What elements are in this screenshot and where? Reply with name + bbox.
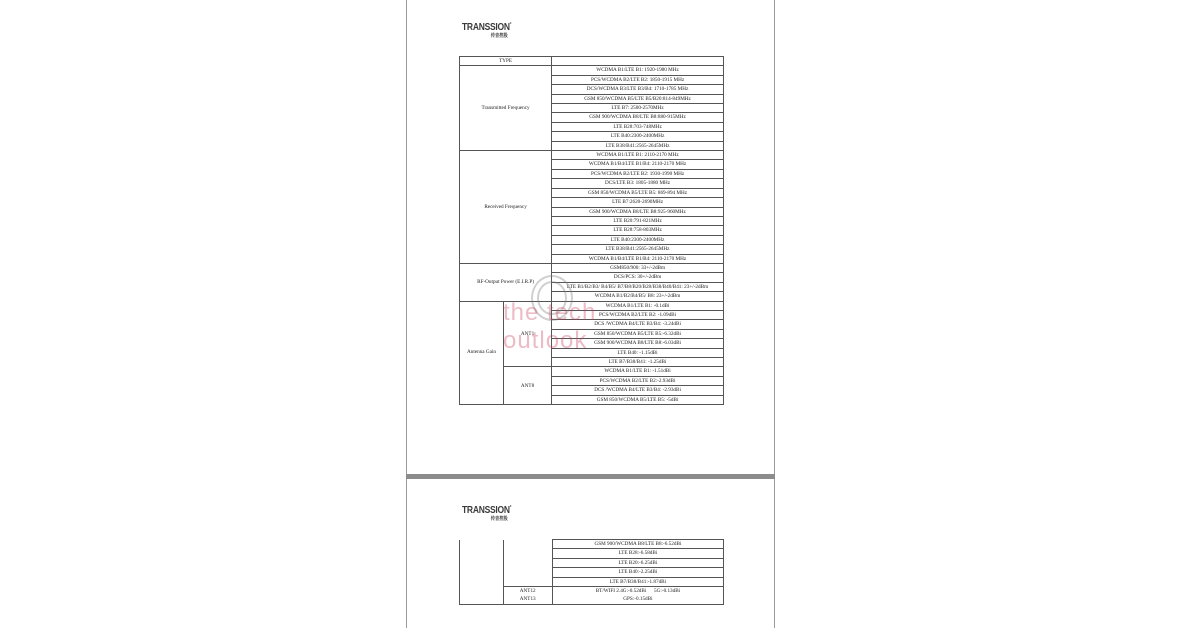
ant12-label: ANT12 (503, 587, 552, 596)
transmitted-frequency-value: GSM 900/WCDMA B8/LTE B8:880-915MHz (552, 113, 724, 122)
ant8-value: LTE B20:-6.25dBi (552, 558, 723, 567)
received-frequency-value: DCS/LTE B3: 1805-1880 MHz (552, 179, 724, 188)
ant1-value: LTE B40: -1.15dBi (552, 348, 724, 357)
ant8-value: LTE B40:-2.25dBi (552, 568, 723, 577)
table-row: Transmitted FrequencyWCDMA B1/LTE B1: 19… (460, 66, 724, 75)
transmitted-frequency-value: LTE B7: 2500-2570MHz (552, 104, 724, 113)
ant1-value: GSM 850/WCDMA B5/LTE B5:-6.32dBi (552, 329, 724, 338)
logo-subtitle: 传音控股 (462, 515, 511, 522)
ant1-value: PCS/WCDMA B2/LTE B2: -1.09dBi (552, 310, 724, 319)
ant8-value: LTE B28:-6.58dBi (552, 549, 723, 558)
received-frequency-value: WCDMA B1/LTE B1: 2110-2170 MHz (552, 151, 724, 160)
table-row: Received FrequencyWCDMA B1/LTE B1: 2110-… (460, 151, 724, 160)
transmitted-frequency-value: LTE B40:2300-2400MHz (552, 132, 724, 141)
received-frequency-value: GSM 850/WCDMA B5/LTE B5: 869-894 MHz (552, 188, 724, 197)
received-frequency-label: Received Frequency (460, 151, 552, 264)
received-frequency-value: LTE B7:2620-2690MHz (552, 198, 724, 207)
ant8-value: GSM 850/WCDMA B5/LTE B5: -5dBi (552, 395, 724, 404)
transmitted-frequency-label: Transmitted Frequency (460, 66, 552, 151)
transmitted-frequency-value: PCS/WCDMA B2/LTE B2: 1850-1915 MHz (552, 75, 724, 84)
antenna-gain-label: Antenna Gain (460, 301, 504, 404)
logo-subtitle: 传音控股 (462, 32, 511, 39)
rf-output-power-label: RF-Output Power (E.I.R.P) (460, 263, 552, 301)
ant12-value: BT/WIFI 2.4G:-0.52dBi 5G:-0.13dBi (552, 587, 723, 596)
transmitted-frequency-value: LTE B28:703-748MHz (552, 122, 724, 131)
spec-table-page-2: GSM 900/WCDMA B8/LTE B8:-6.52dBiLTE B28:… (459, 539, 724, 605)
type-value (552, 57, 724, 66)
rf-output-power-value: WCDMA B1/B2/B4/B5/ B8: 23+/-2dBm (552, 292, 724, 301)
received-frequency-value: PCS/WCDMA B2/LTE B2: 1930-1990 MHz (552, 169, 724, 178)
ant1-value: GSM 900/WCDMA B8/LTE B8:-6.03dBi (552, 339, 724, 348)
spec-table-page-1: TYPETransmitted FrequencyWCDMA B1/LTE B1… (459, 56, 724, 405)
ant1-label: ANT1 (503, 301, 551, 367)
transmitted-frequency-value: DCS/WCDMA B3/LTE B3/B4: 1710-1785 MHz (552, 85, 724, 94)
transmitted-frequency-value: LTE B38/B41:2565-2645MHz (552, 141, 724, 150)
received-frequency-value: WCDMA B1/B4/LTE B1/B4: 2110-2170 MHz (552, 254, 724, 263)
ant8-value: PCS/WCDMA B2/LTE B2:-2.93dBi (552, 376, 724, 385)
transsion-logo: TRANSSION° 传音控股 (462, 22, 511, 39)
ant8-value: WCDMA B1/LTE B1: -1.51dBi (552, 367, 724, 376)
ant8-value: GSM 900/WCDMA B8/LTE B8:-6.52dBi (552, 540, 723, 549)
table-row: RF-Output Power (E.I.R.P)GSM850/900: 33+… (460, 263, 724, 272)
ant1-value: LTE B7/B38/B41: -1.25dBi (552, 358, 724, 367)
ant1-value: WCDMA B1/LTE B1: -0.1dBi (552, 301, 724, 310)
ant1-value: DCS /WCDMA B4/LTE B3/B4: -3.24dBi (552, 320, 724, 329)
antenna-gain-continued (460, 540, 504, 605)
ant13-label: ANT13 (503, 595, 552, 604)
received-frequency-value: GSM 900/WCDMA B8/LTE B8:925-960MHz (552, 207, 724, 216)
rf-output-power-value: DCS/PCS: 30+/-2dBm (552, 273, 724, 282)
ant8-label: ANT8 (503, 367, 551, 405)
received-frequency-value: LTE B40:2300-2400MHz (552, 235, 724, 244)
received-frequency-value: WCDMA B1/B4/LTE B1/B4: 2110-2170 MHz (552, 160, 724, 169)
received-frequency-value: LTE B20:791-821MHz (552, 216, 724, 225)
transsion-logo: TRANSSION° 传音控股 (462, 505, 511, 522)
rf-output-power-value: LTE B1/B2/B3/ B4/B5/ B7/B8/B20/B28/B38/B… (552, 282, 724, 291)
rf-output-power-value: GSM850/900: 33+/-2dBm (552, 263, 724, 272)
ant8-value: LTE B7/B38/B41:-1.87dBi (552, 577, 723, 586)
received-frequency-value: LTE B28:758-803MHz (552, 226, 724, 235)
ant8-continued (503, 540, 552, 587)
transmitted-frequency-value: WCDMA B1/LTE B1: 1920-1980 MHz (552, 66, 724, 75)
ant8-value: DCS /WCDMA B4/LTE B3/B4: -2.93dBi (552, 386, 724, 395)
ant13-value: GPS:-0.15dBi (552, 595, 723, 604)
type-label: TYPE (460, 57, 552, 66)
transmitted-frequency-value: GSM 850/WCDMA B5/LTE B5/B20:814-849MHz (552, 94, 724, 103)
received-frequency-value: LTE B38/B41:2565-2645MHz (552, 245, 724, 254)
